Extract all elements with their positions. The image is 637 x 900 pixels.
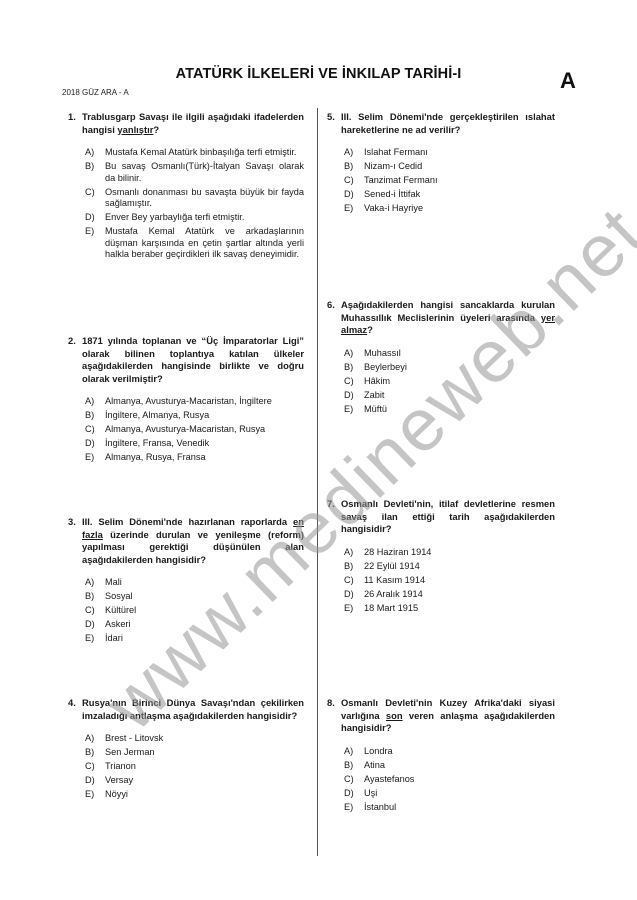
option-letter: E): [85, 226, 105, 261]
option-letter: C): [85, 187, 105, 210]
question-text: Aşağıdakilerden hangisi sancaklarda kuru…: [341, 299, 555, 337]
option-d: D)Sened-i İttifak: [344, 189, 555, 201]
option-text: İngiltere, Almanya, Rusya: [105, 410, 304, 422]
option-letter: D): [85, 619, 105, 631]
option-text: İdari: [105, 633, 304, 645]
option-letter: C): [344, 376, 364, 388]
option-letter: C): [85, 424, 105, 436]
option-letter: A): [344, 746, 364, 758]
option-letter: B): [85, 591, 105, 603]
booklet-type: A: [560, 68, 576, 94]
option-letter: E): [85, 789, 105, 801]
option-e: E)Mustafa Kemal Atatürk ve arkadaşlarını…: [85, 226, 304, 261]
option-d: D)Uşi: [344, 788, 555, 800]
option-d: D)İngiltere, Fransa, Venedik: [85, 438, 304, 450]
question-stem: 4.Rusya'nın Birinci Dünya Savaşı'ndan çe…: [68, 697, 304, 722]
option-a: A)Almanya, Avusturya-Macaristan, İngilte…: [85, 396, 304, 408]
option-letter: E): [344, 404, 364, 416]
option-letter: C): [85, 761, 105, 773]
question-2: 2.1871 yılında toplanan ve “Üç İmparator…: [68, 335, 304, 466]
option-list: A)Brest - LitovskB)Sen JermanC)TrianonD)…: [85, 733, 304, 801]
option-text: Mustafa Kemal Atatürk binbaşılığa terfi …: [105, 147, 304, 159]
option-text: Hâkim: [364, 376, 555, 388]
option-c: C)Osmanlı donanması bu savaşta büyük bir…: [85, 187, 304, 210]
option-letter: A): [344, 147, 364, 159]
option-text: Londra: [364, 746, 555, 758]
option-b: B)Sen Jerman: [85, 747, 304, 759]
question-number: 2.: [68, 335, 82, 385]
question-text: Rusya'nın Birinci Dünya Savaşı'ndan çeki…: [82, 697, 304, 722]
question-stem: 6.Aşağıdakilerden hangisi sancaklarda ku…: [327, 299, 555, 337]
option-letter: D): [344, 189, 364, 201]
question-1: 1.Trablusgarp Savaşı ile ilgili aşağıdak…: [68, 111, 304, 263]
option-letter: B): [344, 362, 364, 374]
option-list: A)28 Haziran 1914B)22 Eylül 1914C)11 Kas…: [344, 547, 555, 615]
option-text: Brest - Litovsk: [105, 733, 304, 745]
option-text: İngiltere, Fransa, Venedik: [105, 438, 304, 450]
option-letter: D): [85, 438, 105, 450]
option-c: C)Ayastefanos: [344, 774, 555, 786]
option-a: A)Islahat Fermanı: [344, 147, 555, 159]
option-text: Askeri: [105, 619, 304, 631]
question-stem: 5.III. Selim Dönemi'nde gerçekleştirilen…: [327, 111, 555, 136]
question-text: 1871 yılında toplanan ve “Üç İmparatorla…: [82, 335, 304, 385]
option-b: B)Bu savaş Osmanlı(Türk)-İtalyan Savaşı …: [85, 161, 304, 184]
option-text: Osmanlı donanması bu savaşta büyük bir f…: [105, 187, 304, 210]
option-letter: E): [344, 802, 364, 814]
option-letter: B): [85, 161, 105, 184]
option-a: A)Londra: [344, 746, 555, 758]
option-letter: B): [344, 561, 364, 573]
question-number: 4.: [68, 697, 82, 722]
option-b: B)Atina: [344, 760, 555, 772]
option-e: E)Müftü: [344, 404, 555, 416]
option-text: Uşi: [364, 788, 555, 800]
option-list: A)Islahat FermanıB)Nizam-ı CedidC)Tanzim…: [344, 147, 555, 215]
option-text: Almanya, Rusya, Fransa: [105, 452, 304, 464]
option-text: Sen Jerman: [105, 747, 304, 759]
option-text: Beylerbeyi: [364, 362, 555, 374]
option-letter: A): [85, 733, 105, 745]
option-d: D)Askeri: [85, 619, 304, 631]
option-list: A)MaliB)SosyalC)KültürelD)AskeriE)İdari: [85, 577, 304, 645]
option-letter: D): [85, 775, 105, 787]
option-b: B)22 Eylül 1914: [344, 561, 555, 573]
option-text: 11 Kasım 1914: [364, 575, 555, 587]
option-text: 18 Mart 1915: [364, 603, 555, 615]
question-text: Trablusgarp Savaşı ile ilgili aşağıdaki …: [82, 111, 304, 136]
option-a: A)Mali: [85, 577, 304, 589]
option-text: Nizam-ı Cedid: [364, 161, 555, 173]
option-d: D)26 Aralık 1914: [344, 589, 555, 601]
option-letter: D): [344, 788, 364, 800]
question-number: 5.: [327, 111, 341, 136]
question-stem: 3.III. Selim Dönemi'nde hazırlanan rapor…: [68, 516, 304, 566]
option-letter: A): [344, 348, 364, 360]
option-e: E)18 Mart 1915: [344, 603, 555, 615]
option-text: 28 Haziran 1914: [364, 547, 555, 559]
option-letter: D): [344, 390, 364, 402]
option-letter: A): [85, 396, 105, 408]
option-letter: E): [344, 603, 364, 615]
emphasis: son: [386, 710, 403, 721]
option-text: Sened-i İttifak: [364, 189, 555, 201]
option-letter: C): [344, 175, 364, 187]
option-letter: A): [344, 547, 364, 559]
column-divider: [317, 108, 318, 856]
option-text: Versay: [105, 775, 304, 787]
option-c: C)Hâkim: [344, 376, 555, 388]
option-text: Bu savaş Osmanlı(Türk)-İtalyan Savaşı ol…: [105, 161, 304, 184]
question-number: 1.: [68, 111, 82, 136]
option-letter: C): [85, 605, 105, 617]
question-stem: 8.Osmanlı Devleti'nin Kuzey Afrika'daki …: [327, 697, 555, 735]
question-number: 6.: [327, 299, 341, 337]
option-letter: B): [344, 161, 364, 173]
option-c: C)Almanya, Avusturya-Macaristan, Rusya: [85, 424, 304, 436]
question-5: 5.III. Selim Dönemi'nde gerçekleştirilen…: [327, 111, 555, 217]
option-list: A)MuhassılB)BeylerbeyiC)HâkimD)ZabitE)Mü…: [344, 348, 555, 416]
question-6: 6.Aşağıdakilerden hangisi sancaklarda ku…: [327, 299, 555, 418]
option-text: Zabit: [364, 390, 555, 402]
option-text: Atina: [364, 760, 555, 772]
option-d: D)Enver Bey yarbaylığa terfi etmiştir.: [85, 212, 304, 224]
question-3: 3.III. Selim Dönemi'nde hazırlanan rapor…: [68, 516, 304, 647]
option-letter: B): [85, 410, 105, 422]
option-b: B)İngiltere, Almanya, Rusya: [85, 410, 304, 422]
option-text: Tanzimat Fermanı: [364, 175, 555, 187]
option-d: D)Zabit: [344, 390, 555, 402]
question-8: 8.Osmanlı Devleti'nin Kuzey Afrika'daki …: [327, 697, 555, 816]
option-text: Kültürel: [105, 605, 304, 617]
option-text: 26 Aralık 1914: [364, 589, 555, 601]
option-letter: E): [85, 452, 105, 464]
option-letter: D): [85, 212, 105, 224]
watermark: www.medineweb.net: [89, 199, 637, 746]
option-text: Islahat Fermanı: [364, 147, 555, 159]
question-stem: 2.1871 yılında toplanan ve “Üç İmparator…: [68, 335, 304, 385]
question-text: Osmanlı Devleti'nin Kuzey Afrika'daki si…: [341, 697, 555, 735]
option-text: Almanya, Avusturya-Macaristan, İngiltere: [105, 396, 304, 408]
option-c: C)11 Kasım 1914: [344, 575, 555, 587]
option-text: Trianon: [105, 761, 304, 773]
option-list: A)Almanya, Avusturya-Macaristan, İngilte…: [85, 396, 304, 464]
option-text: Ayastefanos: [364, 774, 555, 786]
option-letter: C): [344, 575, 364, 587]
option-d: D)Versay: [85, 775, 304, 787]
question-4: 4.Rusya'nın Birinci Dünya Savaşı'ndan çe…: [68, 697, 304, 803]
option-e: E)İdari: [85, 633, 304, 645]
question-text: Osmanlı Devleti'nin, itilaf devletlerine…: [341, 498, 555, 536]
option-letter: E): [344, 203, 364, 215]
option-a: A)Brest - Litovsk: [85, 733, 304, 745]
question-text: III. Selim Dönemi'nde hazırlanan raporla…: [82, 516, 304, 566]
exam-label: 2018 GÜZ ARA - A: [62, 88, 129, 97]
option-text: 22 Eylül 1914: [364, 561, 555, 573]
option-letter: A): [85, 577, 105, 589]
option-a: A)Muhassıl: [344, 348, 555, 360]
option-letter: B): [344, 760, 364, 772]
option-b: B)Nizam-ı Cedid: [344, 161, 555, 173]
option-e: E)İstanbul: [344, 802, 555, 814]
option-b: B)Beylerbeyi: [344, 362, 555, 374]
option-text: Vaka-i Hayriye: [364, 203, 555, 215]
question-number: 7.: [327, 498, 341, 536]
option-c: C)Tanzimat Fermanı: [344, 175, 555, 187]
question-number: 8.: [327, 697, 341, 735]
option-list: A)Mustafa Kemal Atatürk binbaşılığa terf…: [85, 147, 304, 261]
option-letter: A): [85, 147, 105, 159]
option-list: A)LondraB)AtinaC)AyastefanosD)UşiE)İstan…: [344, 746, 555, 814]
option-text: Sosyal: [105, 591, 304, 603]
emphasis: yanlıştır: [117, 124, 153, 135]
question-number: 3.: [68, 516, 82, 566]
option-c: C)Trianon: [85, 761, 304, 773]
option-c: C)Kültürel: [85, 605, 304, 617]
option-text: Muhassıl: [364, 348, 555, 360]
option-text: Müftü: [364, 404, 555, 416]
option-text: İstanbul: [364, 802, 555, 814]
option-letter: E): [85, 633, 105, 645]
question-text: III. Selim Dönemi'nde gerçekleştirilen ı…: [341, 111, 555, 136]
page-title: ATATÜRK İLKELERİ VE İNKILAP TARİHİ-I: [0, 66, 637, 82]
option-text: Nöyyi: [105, 789, 304, 801]
option-text: Enver Bey yarbaylığa terfi etmiştir.: [105, 212, 304, 224]
option-text: Mali: [105, 577, 304, 589]
question-stem: 7.Osmanlı Devleti'nin, itilaf devletleri…: [327, 498, 555, 536]
option-text: Mustafa Kemal Atatürk ve arkadaşlarının …: [105, 226, 304, 261]
option-text: Almanya, Avusturya-Macaristan, Rusya: [105, 424, 304, 436]
option-a: A)Mustafa Kemal Atatürk binbaşılığa terf…: [85, 147, 304, 159]
option-b: B)Sosyal: [85, 591, 304, 603]
option-e: E)Vaka-i Hayriye: [344, 203, 555, 215]
option-letter: D): [344, 589, 364, 601]
option-e: E)Nöyyi: [85, 789, 304, 801]
option-e: E)Almanya, Rusya, Fransa: [85, 452, 304, 464]
option-a: A)28 Haziran 1914: [344, 547, 555, 559]
question-7: 7.Osmanlı Devleti'nin, itilaf devletleri…: [327, 498, 555, 617]
option-letter: B): [85, 747, 105, 759]
option-letter: C): [344, 774, 364, 786]
question-stem: 1.Trablusgarp Savaşı ile ilgili aşağıdak…: [68, 111, 304, 136]
